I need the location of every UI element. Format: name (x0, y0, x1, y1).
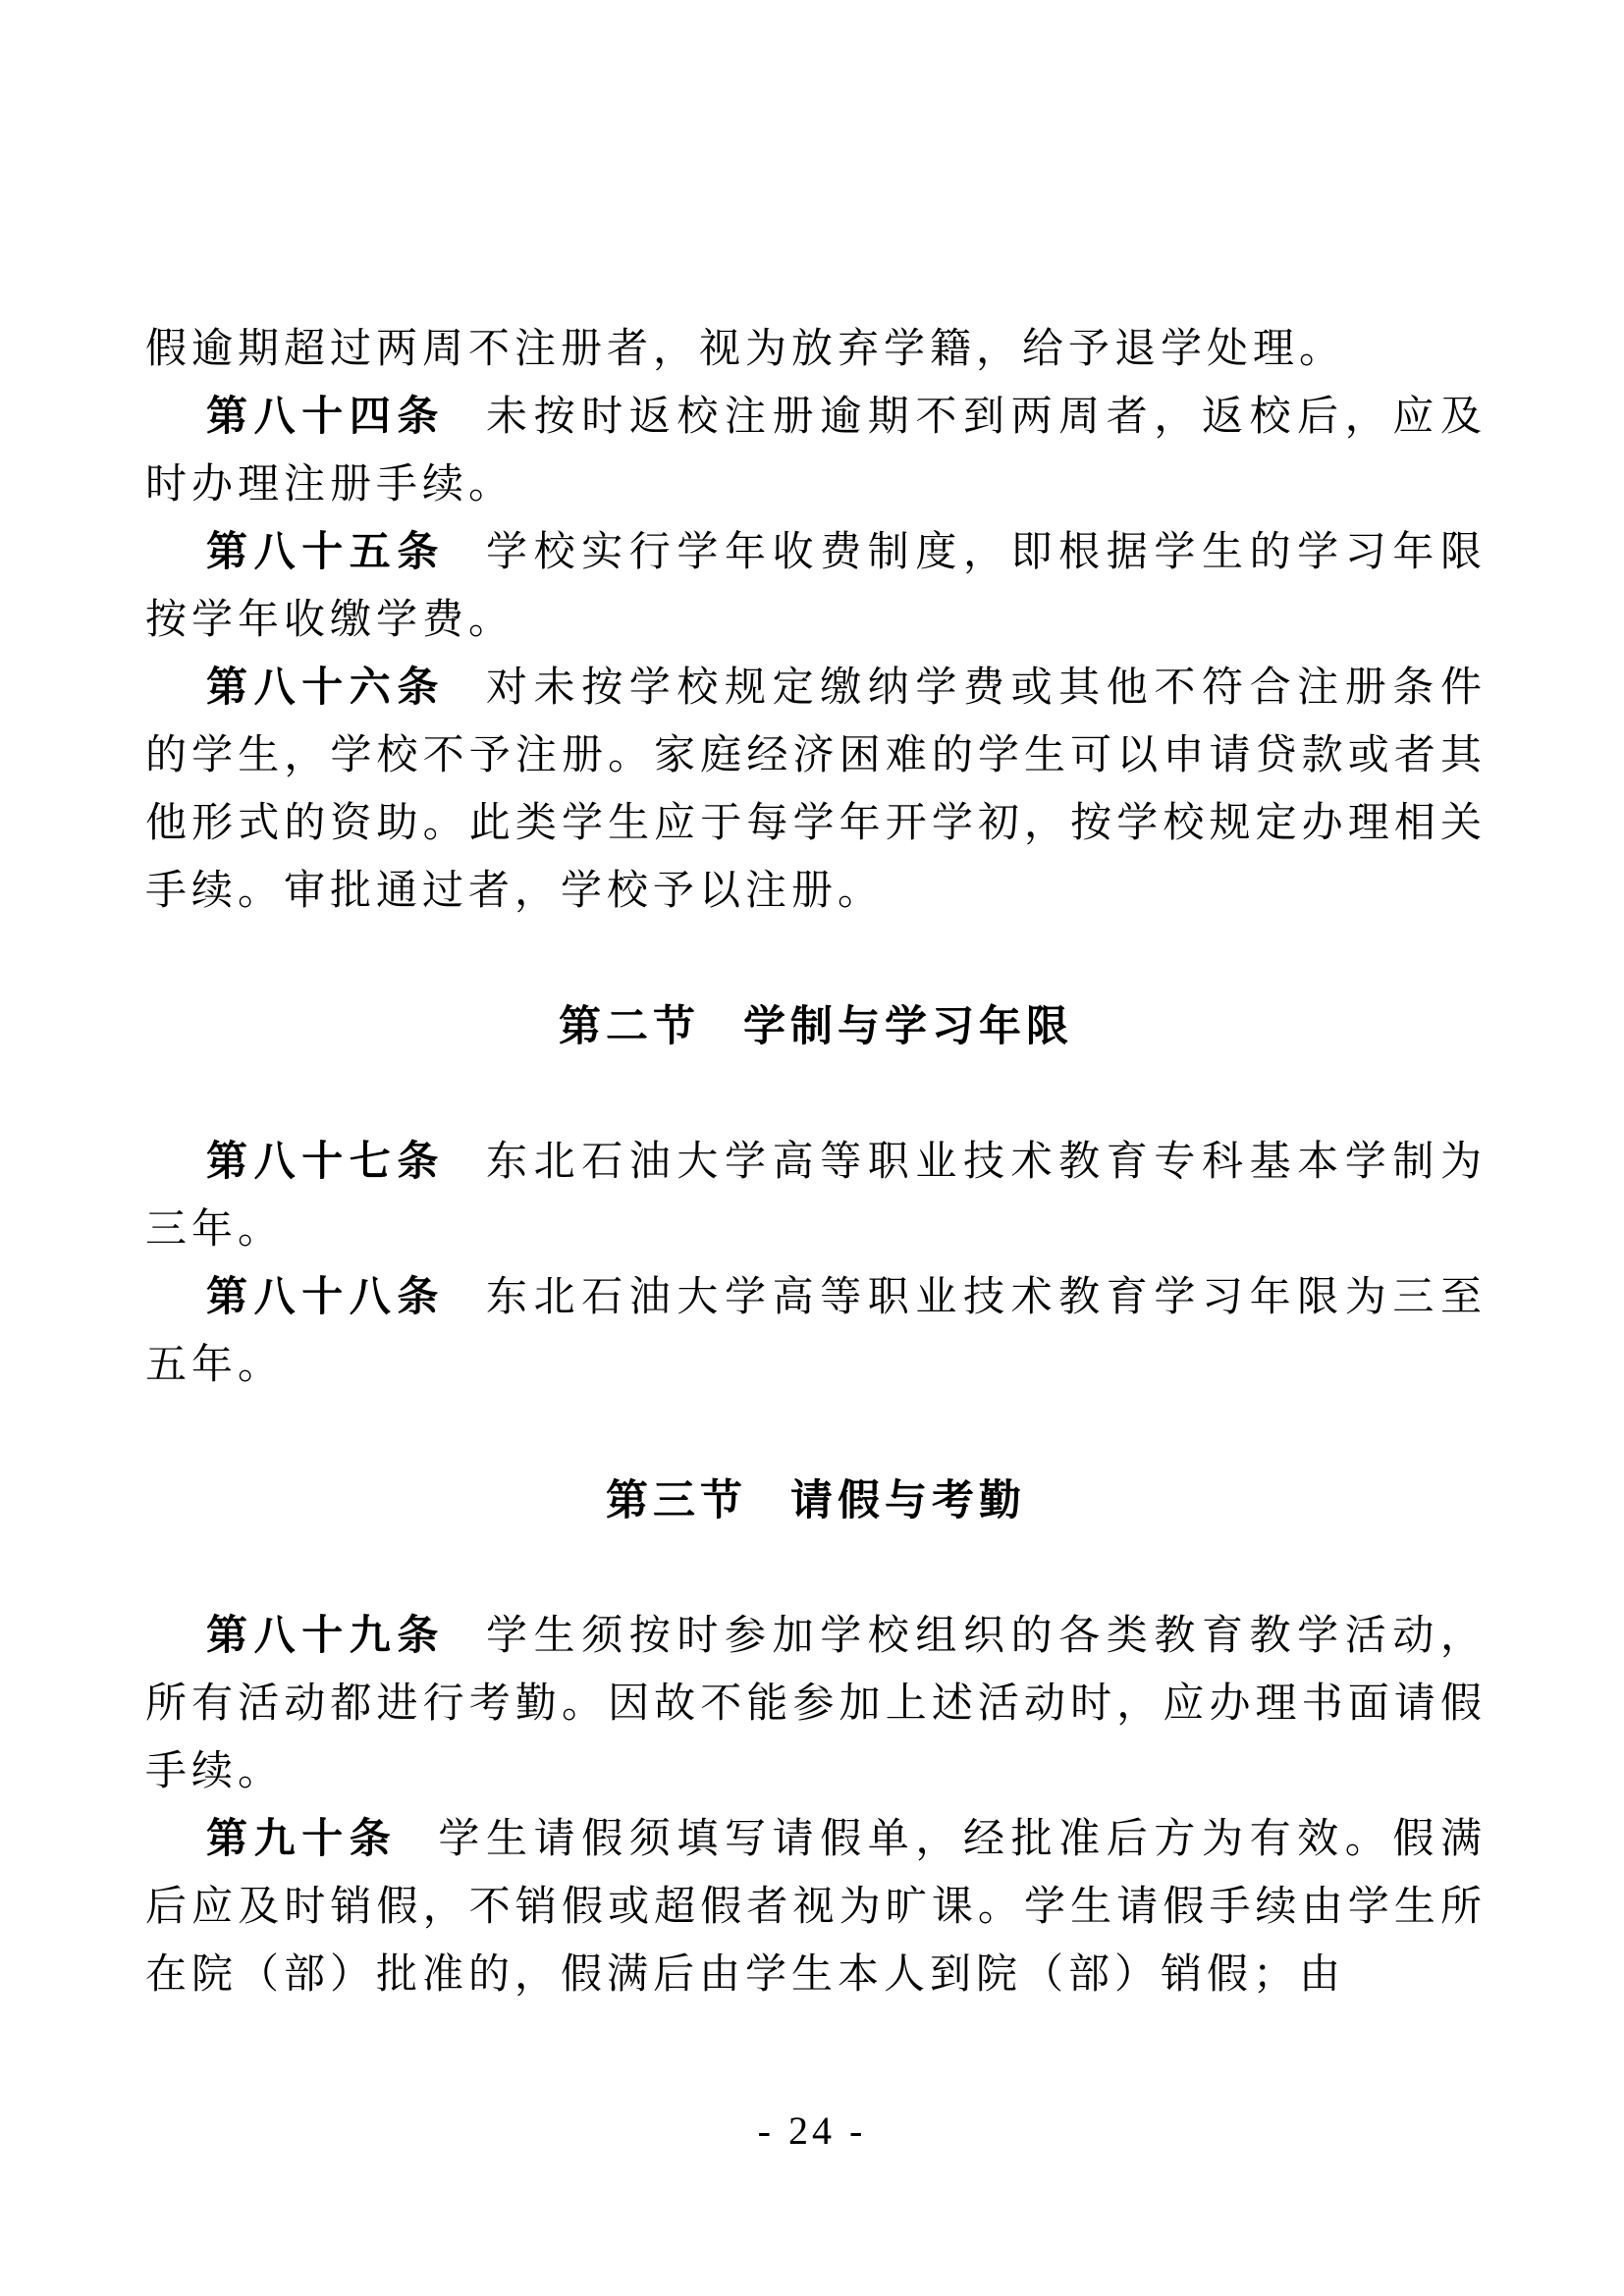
section-heading: 第二节学制与学习年限 (145, 993, 1487, 1061)
section-title: 学制与学习年限 (743, 1004, 1073, 1050)
page-number: - 24 - (0, 2109, 1624, 2154)
section-title: 请假与考勤 (790, 1478, 1026, 1524)
article-number: 第八十五条 (206, 530, 445, 575)
paragraph: 第九十条学生请假须填写请假单，经批准后方为有效。假满后应及时销假，不销假或超假者… (145, 1806, 1487, 2009)
paragraph-text: 假逾期超过两周不注册者，视为放弃学籍，给予退学处理。 (145, 327, 1345, 372)
paragraph: 第八十九条学生须按时参加学校组织的各类教育教学活动，所有活动都进行考勤。因故不能… (145, 1603, 1487, 1806)
article-number: 第八十八条 (206, 1275, 445, 1320)
section-number: 第三节 (606, 1478, 747, 1524)
article-number: 第九十条 (206, 1817, 397, 1862)
paragraph: 第八十五条学校实行学年收费制度，即根据学生的学习年限按学年收缴学费。 (145, 519, 1487, 655)
paragraph: 第八十八条东北石油大学高等职业技术教育学习年限为三至五年。 (145, 1264, 1487, 1400)
section-number: 第二节 (559, 1004, 700, 1050)
section-heading: 第三节请假与考勤 (145, 1468, 1487, 1535)
paragraph: 第八十六条对未按学校规定缴纳学费或其他不符合注册条件的学生，学校不予注册。家庭经… (145, 655, 1487, 926)
document-body: 假逾期超过两周不注册者，视为放弃学籍，给予退学处理。 第八十四条未按时返校注册逾… (145, 316, 1487, 2009)
article-number: 第八十四条 (206, 395, 445, 440)
article-number: 第八十七条 (206, 1140, 445, 1185)
article-number: 第八十九条 (206, 1614, 445, 1659)
paragraph: 假逾期超过两周不注册者，视为放弃学籍，给予退学处理。 (145, 316, 1487, 384)
article-number: 第八十六条 (206, 666, 445, 711)
document-page: 假逾期超过两周不注册者，视为放弃学籍，给予退学处理。 第八十四条未按时返校注册逾… (0, 0, 1624, 2296)
paragraph: 第八十四条未按时返校注册逾期不到两周者，返校后，应及时办理注册手续。 (145, 384, 1487, 519)
paragraph: 第八十七条东北石油大学高等职业技术教育专科基本学制为三年。 (145, 1129, 1487, 1264)
